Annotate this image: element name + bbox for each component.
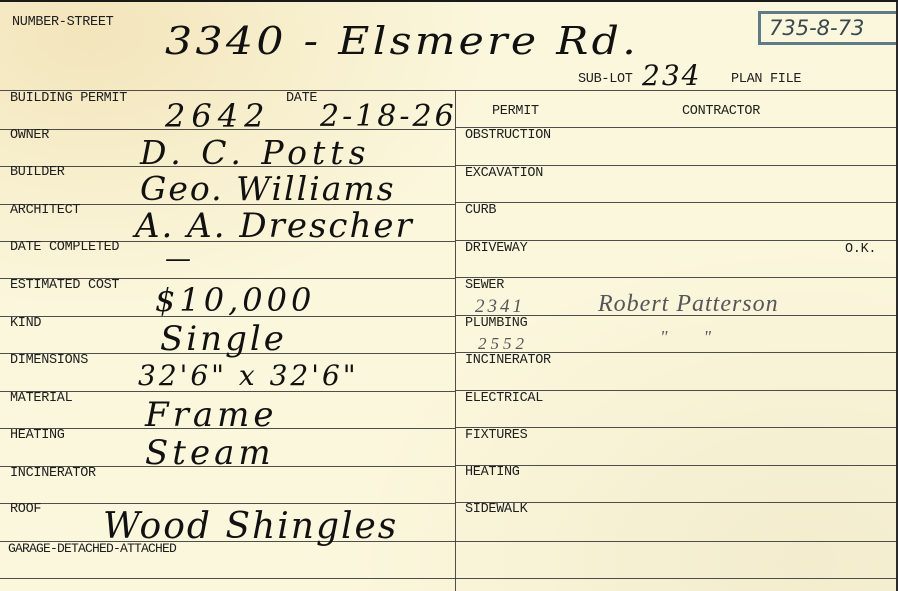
owner-label: OWNER [10,129,49,143]
heating-value: Steam [145,436,275,470]
date-completed-value: — [165,246,191,272]
permit-column-header: PERMIT [492,105,539,119]
curb-label: CURB [465,204,496,218]
date-completed-label: DATE COMPLETED [10,241,119,255]
architect-label: ARCHITECT [10,204,80,218]
driveway-note: O.K. [845,243,876,257]
sewer-contractor: Robert Patterson [598,292,779,316]
sidewalk-label: SIDEWALK [465,503,527,517]
contractor-column-header: CONTRACTOR [682,105,760,119]
building-permit-label: BUILDING PERMIT [10,92,127,106]
heating-label: HEATING [10,429,65,443]
excavation-label: EXCAVATION [465,167,543,181]
roof-value: Wood Shingles [103,509,398,545]
architect-value: A. A. Drescher [135,209,414,243]
dimensions-value: 32'6" x 32'6" [138,362,359,390]
plan-file-label: PLAN FILE [731,73,801,87]
kind-value: Single [160,322,287,356]
driveway-label: DRIVEWAY [465,242,527,256]
incinerator-label: INCINERATOR [10,467,96,481]
material-label: MATERIAL [10,392,72,406]
plumbing-label: PLUMBING [465,317,527,331]
electrical-label: ELECTRICAL [465,392,543,406]
date-value: 2-18-26 [320,102,457,132]
sub-lot-label: SUB-LOT [578,73,633,87]
dimensions-label: DIMENSIONS [10,354,88,368]
building-permit-value: 2642 [165,100,270,132]
sewer-permit-number: 2341 [475,297,525,316]
sewer-label: SEWER [465,279,504,293]
estimated-cost-value: $10,000 [155,284,315,316]
builder-value: Geo. Williams [140,172,396,205]
plumbing-contractor: " " [660,328,711,346]
stamp-number: 735-8-73 [758,11,898,45]
builder-label: BUILDER [10,166,65,180]
roof-label: ROOF [10,503,41,517]
obstruction-label: OBSTRUCTION [465,129,551,143]
fixtures-label: FIXTURES [465,429,527,443]
date-label: DATE [286,92,317,106]
building-permit-card: NUMBER-STREET 3340 - Elsmere Rd. 735-8-7… [0,0,898,591]
incinerator-permit-label: INCINERATOR [465,354,551,368]
material-value: Frame [145,398,277,432]
sub-lot-value: 234 [642,62,701,90]
owner-value: D. C. Potts [140,136,371,169]
plumbing-permit-number: 2552 [478,335,528,352]
number-street-value: 3340 - Elsmere Rd. [165,22,639,60]
number-street-label: NUMBER-STREET [12,16,113,30]
heating-permit-label: HEATING [465,466,520,480]
kind-label: KIND [10,317,41,331]
estimated-cost-label: ESTIMATED COST [10,279,119,293]
